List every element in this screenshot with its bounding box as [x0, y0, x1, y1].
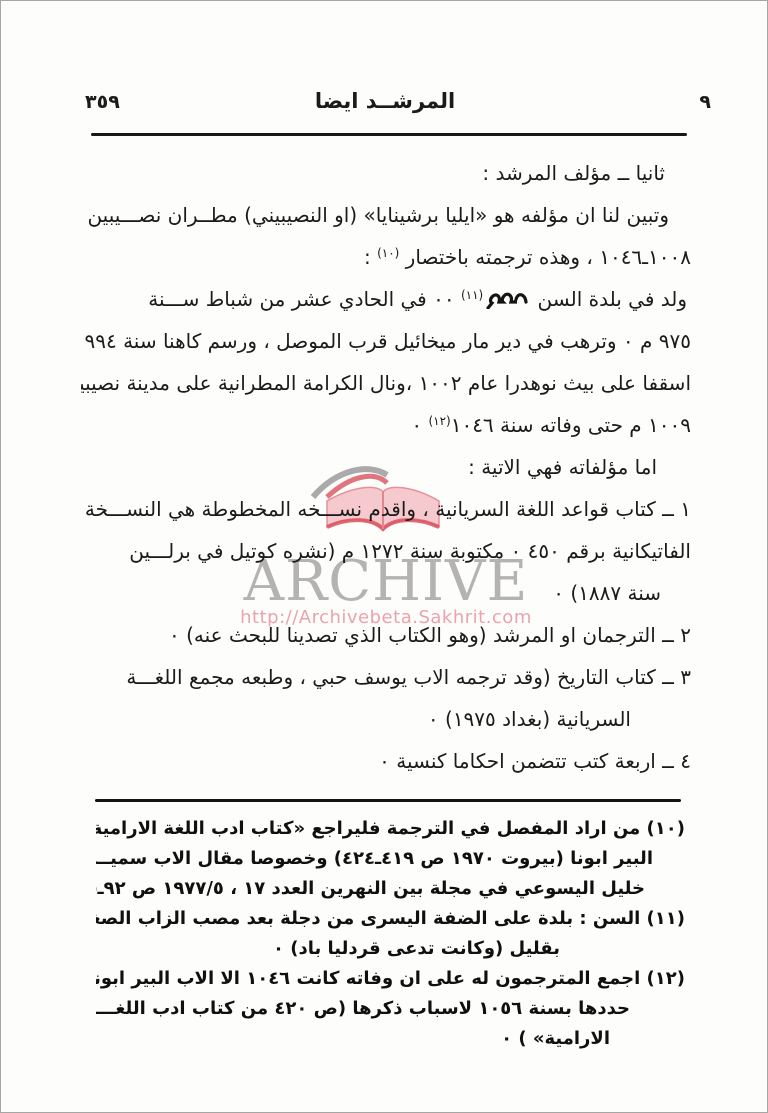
list-item-line: الفاتيكانية برقم ٤٥٠ ٠ مكتوبة سنة ١٢٧٢ م… — [81, 530, 691, 572]
paragraph-text: ١٠٠٨ـ١٠٤٦ ، وهذه ترجمته باختصار — [399, 245, 691, 269]
list-item-line: سنة ١٨٨٧) ٠ — [81, 572, 661, 614]
footnote-ref-10: (١٠) — [377, 246, 399, 260]
footnote-line: خليل اليسوعي في مجلة بين النهرين العدد ١… — [96, 874, 645, 904]
paragraph-line: اسقفا على بيث نوهدرا عام ١٠٠٢ ،ونال الكر… — [81, 362, 691, 404]
footnote-line: الارامية» ) ٠ — [96, 1024, 610, 1054]
page-number-right: ٩ — [699, 91, 711, 113]
footnote-line: البير ابونا (بيروت ١٩٧٠ ص ٤١٩ـ٤٢٤) وخصوص… — [96, 844, 653, 874]
footnotes: (١٠) من اراد المفصل في الترجمة فليراجع «… — [96, 814, 685, 1054]
syriac-glyph-icon — [486, 289, 528, 309]
syriac-word — [486, 281, 528, 320]
running-title: المرشــد ايضا — [1, 89, 768, 113]
footnote-ref-12: (١٢) — [428, 414, 450, 428]
paragraph-line: ٩٧٥ م ٠ وترهب في دير مار ميخائيل قرب الم… — [81, 320, 691, 362]
footnote-line: (١٢) اجمع المترجمون له على ان وفاته كانت… — [96, 964, 685, 994]
paragraph-line: ١٠٠٨ـ١٠٤٦ ، وهذه ترجمته باختصار (١٠) : — [81, 236, 691, 278]
footnote-line: (١٠) من اراد المفصل في الترجمة فليراجع «… — [96, 814, 685, 844]
paragraph-text: ٠٠ في الحادي عشر من شباط ســـنة — [148, 287, 461, 311]
list-item-line: السريانية (بغداد ١٩٧٥) ٠ — [81, 698, 631, 740]
list-item-line: ٤ ــ اربعة كتب تتضمن احكاما كنسية ٠ — [81, 740, 691, 782]
list-item-line: ١ ــ كتاب قواعد اللغة السريانية ، واقدم … — [81, 488, 691, 530]
works-heading: اما مؤلفاته فهي الاتية : — [81, 446, 657, 488]
paragraph-text: ولد في بلدة السن — [531, 287, 687, 311]
footnote-separator — [95, 799, 681, 802]
section-heading: ثانيا ــ مؤلف المرشد : — [81, 152, 665, 194]
header-rule — [91, 133, 687, 136]
footnote-line: بقليل (وكانت تدعى قردليا باد) ٠ — [96, 934, 560, 964]
paragraph-text: ١٠٠٩ م حتى وفاته سنة ١٠٤٦ — [451, 413, 691, 437]
main-text: ثانيا ــ مؤلف المرشد : وتبين لنا ان مؤلف… — [81, 152, 691, 782]
footnote-line: حددها بسنة ١٠٥٦ لاسباب ذكرها (ص ٤٢٠ من ك… — [96, 994, 630, 1024]
list-item-line: ٣ ــ كتاب التاريخ (وقد ترجمه الاب يوسف ح… — [81, 656, 691, 698]
paragraph-line: ١٠٠٩ م حتى وفاته سنة ١٠٤٦(١٢) ٠ — [81, 404, 691, 446]
footnote-ref-11: (١١) — [461, 288, 483, 302]
paragraph-line: وتبين لنا ان مؤلفه هو «ايليا برشينايا» (… — [81, 194, 669, 236]
list-item-line: ٢ ــ الترجمان او المرشد (وهو الكتاب الذي… — [81, 614, 691, 656]
paragraph-text: : — [364, 245, 377, 269]
paragraph-text: ٠ — [411, 413, 428, 437]
paragraph-line: ولد في بلدة السن (١١) ٠٠ في الحادي عشر م… — [81, 278, 687, 320]
footnote-line: (١١) السن : بلدة على الضفة اليسرى من دجل… — [96, 904, 685, 934]
scanned-book-page: ARCHIVE http://Archivebeta.Sakhrit.com ٣… — [0, 0, 768, 1113]
